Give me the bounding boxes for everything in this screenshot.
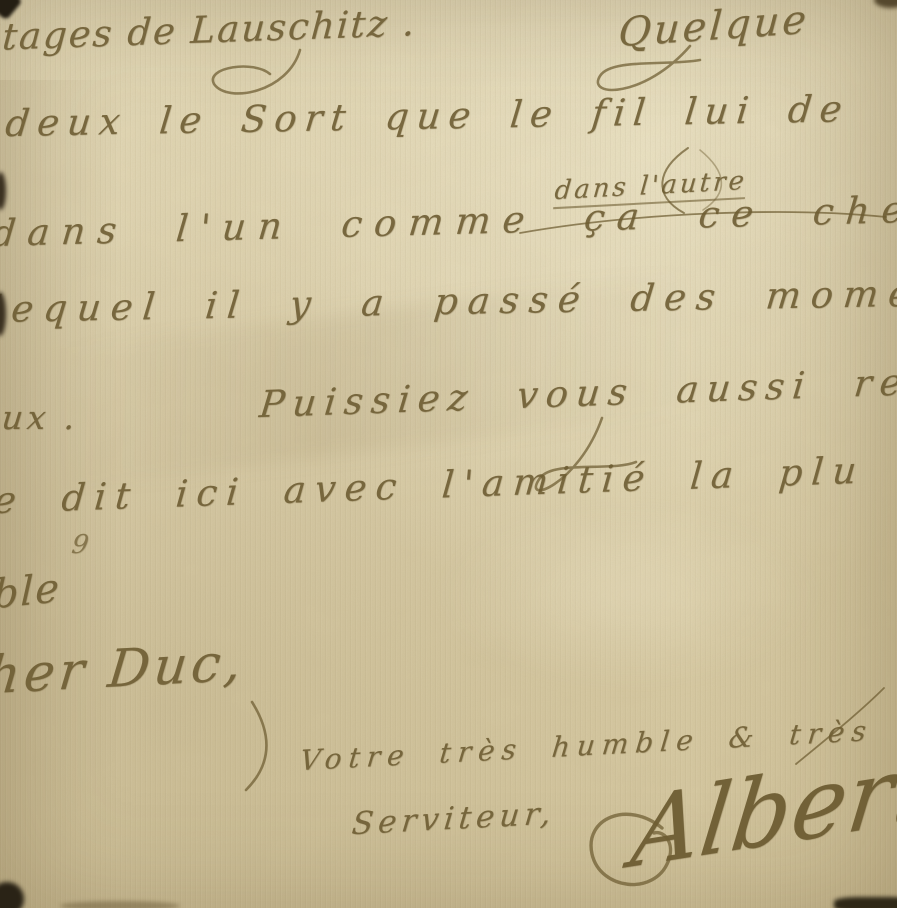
letter-line-6-correction-mark: 9	[70, 530, 91, 560]
valediction-line-2: Serviteur,	[350, 795, 557, 842]
letter-line-1-left: itages de Lauschitz .	[0, 1, 418, 59]
letter-line-2: deux le Sort que le fil lui de	[3, 87, 852, 145]
dark-corner-top-right	[874, 0, 897, 8]
letter-line-6: e dit ici avec l'amitié la plu	[0, 449, 867, 523]
letter-line-1-right: Quelque	[617, 0, 811, 56]
flourish-lauschitz-tail	[213, 50, 300, 93]
letter-line-7: ble	[0, 565, 62, 619]
letter-sheet: itages de Lauschitz . Quelque deux le So…	[0, 0, 897, 908]
letter-line-4: lequel il y a passé des momen	[0, 271, 897, 331]
letter-line-3: dans l'un comme ça ce chez	[0, 187, 897, 255]
dark-edge-left-upper	[0, 172, 6, 210]
dark-edge-bottom-left-strip	[60, 901, 180, 908]
letter-line-5-left: ux .	[0, 398, 81, 437]
dark-corner-bottom-left	[0, 882, 24, 908]
dark-edge-bottom-right	[834, 897, 897, 908]
salutation: her Duc,	[0, 632, 248, 706]
paper-highlight	[430, 500, 830, 690]
flourish-duc-comma-swash	[246, 702, 266, 790]
letter-line-5-right: Puissiez vous aussi re	[257, 360, 897, 426]
